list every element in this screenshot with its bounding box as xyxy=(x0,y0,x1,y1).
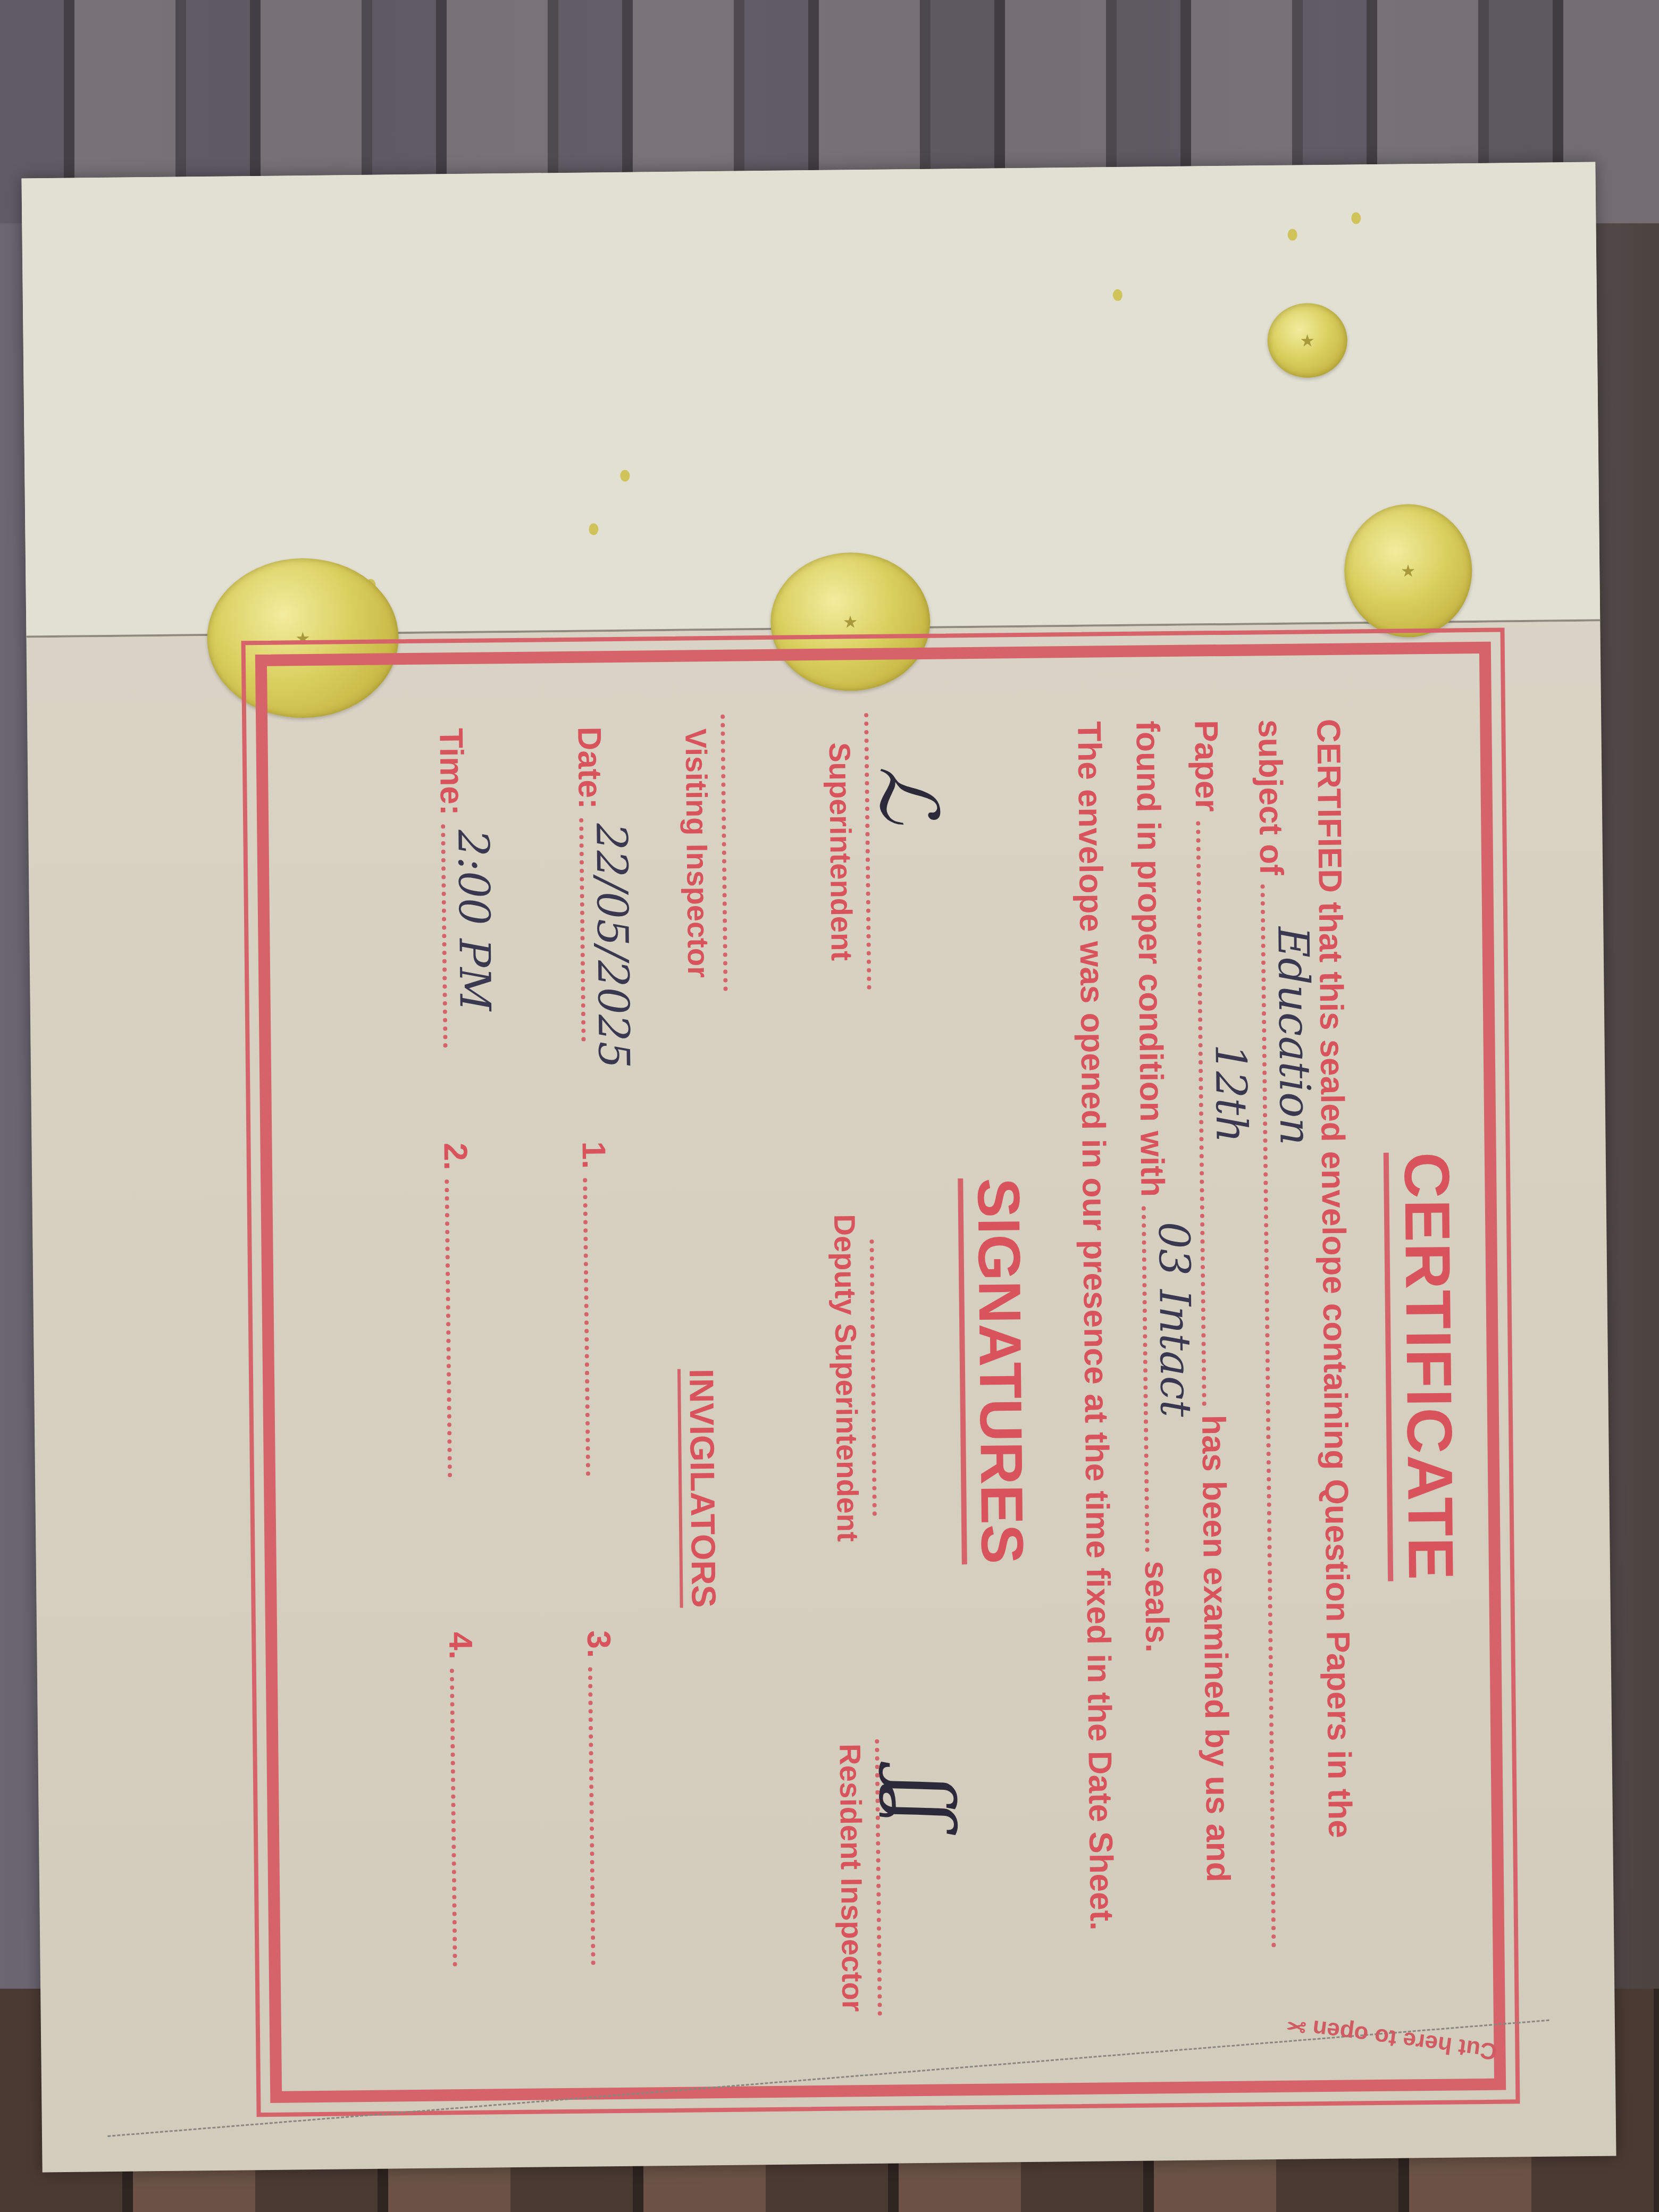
time-handwritten: 2:00 PM xyxy=(448,829,500,1011)
sealed-envelope: ★ ★ ★ ★ CERTIFICATE CERTIFIED that this … xyxy=(21,162,1616,2173)
deputy-superintendent-signature-block[interactable]: Deputy Superintendent xyxy=(827,1192,877,1564)
certificate-line-4: found in proper condition with 03 Intact… xyxy=(1128,720,1176,1653)
certificate-line-2: subject of Education xyxy=(1251,719,1301,1948)
seals-handwritten: 03 Intact xyxy=(1149,1221,1201,1417)
date-handwritten: 22/05/2025 xyxy=(586,823,639,1069)
certificate-line-1: CERTIFIED that this sealed envelope cont… xyxy=(1309,719,1359,1839)
paper-handwritten: 12th xyxy=(1206,1044,1256,1143)
time-field[interactable]: Time: 2:00 PM xyxy=(432,728,473,1048)
invigilator-slot-3[interactable]: 3. xyxy=(580,1630,621,1965)
invigilator-slot-2[interactable]: 2. xyxy=(436,1143,477,1478)
wax-drip xyxy=(589,523,598,535)
scissors-icon: ✂ xyxy=(1285,2012,1308,2040)
signature-line xyxy=(720,715,727,991)
signature-line xyxy=(869,1239,876,1516)
resident-inspector-signature-block[interactable]: Resident Inspector xyxy=(833,1713,882,2043)
subject-handwritten: Education xyxy=(1268,926,1320,1145)
certificate-title: CERTIFICATE xyxy=(1385,653,1473,2079)
invigilators-title: INVIGILATORS xyxy=(677,1369,724,1608)
wax-drip xyxy=(1351,212,1361,224)
superintendent-signature-block[interactable]: Superintendent xyxy=(822,692,872,1011)
signatures-title: SIGNATURES xyxy=(959,658,1042,2084)
wax-drip xyxy=(1113,289,1122,301)
superintendent-signature: ℒ xyxy=(861,765,954,824)
certificate-content: CERTIFICATE CERTIFIED that this sealed e… xyxy=(267,653,1494,2091)
subject-field[interactable]: Education xyxy=(1260,884,1276,1948)
date-field[interactable]: Date: 22/05/2025 xyxy=(570,726,611,1042)
signature-line xyxy=(864,713,871,990)
visiting-inspector-signature-block[interactable]: Visiting Inspector xyxy=(678,693,728,1013)
resident-inspector-signature: ʃʆ xyxy=(877,1775,970,1824)
wax-drip xyxy=(1288,229,1297,240)
wax-drip xyxy=(620,470,630,482)
seals-field[interactable]: 03 Intact xyxy=(1142,1206,1150,1552)
certificate-frame: CERTIFICATE CERTIFIED that this sealed e… xyxy=(255,642,1506,2103)
certificate-line-5: The envelope was opened in our presence … xyxy=(1070,721,1120,1931)
invigilator-slot-4[interactable]: 4. xyxy=(441,1632,483,1967)
invigilator-slot-1[interactable]: 1. xyxy=(574,1141,616,1476)
wax-seal: ★ xyxy=(1344,504,1473,638)
